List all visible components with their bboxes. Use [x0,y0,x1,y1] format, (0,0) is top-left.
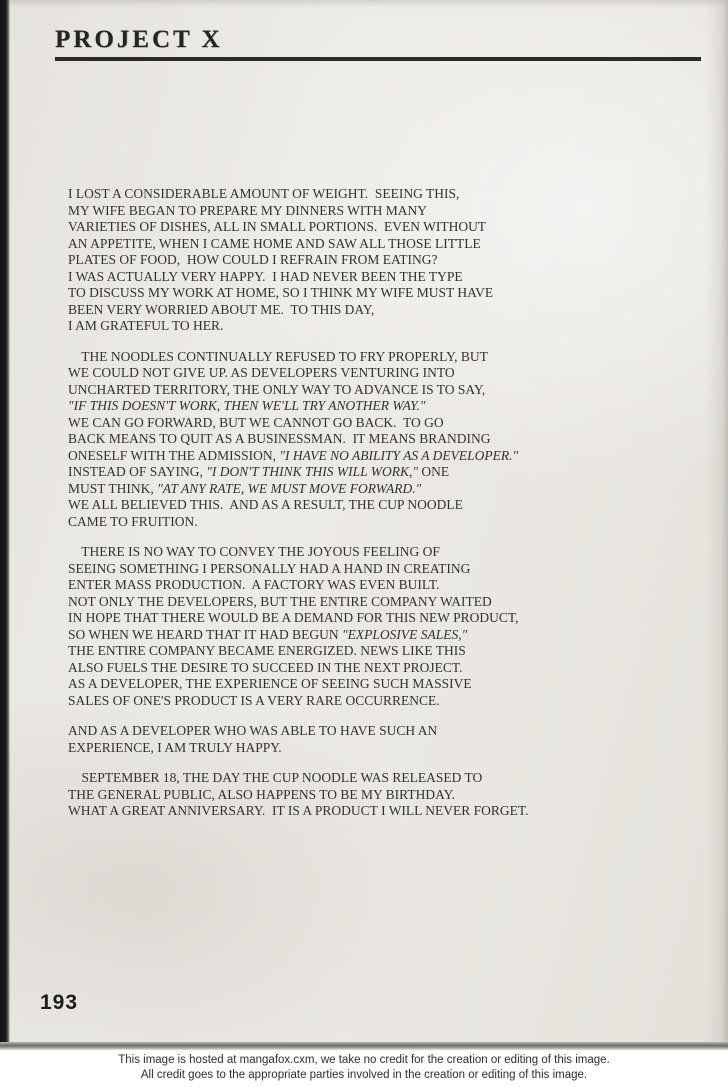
text-line: TO DISCUSS MY WORK AT HOME, SO I THINK M… [68,285,668,302]
scan-left-edge [0,0,10,1046]
text-line: AS A DEVELOPER, THE EXPERIENCE OF SEEING… [68,676,668,693]
body-text: I LOST A CONSIDERABLE AMOUNT OF WEIGHT. … [68,186,668,834]
text-line: THE ENTIRE COMPANY BECAME ENERGIZED. NEW… [68,643,668,660]
text-line: UNCHARTED TERRITORY, THE ONLY WAY TO ADV… [68,382,668,399]
paragraph: SEPTEMBER 18, THE DAY THE CUP NOODLE WAS… [68,770,668,820]
text-line: THERE IS NO WAY TO CONVEY THE JOYOUS FEE… [68,544,668,561]
page-number: 193 [40,991,78,1015]
text-line: BACK MEANS TO QUIT AS A BUSINESSMAN. IT … [68,431,668,448]
text-line: AND AS A DEVELOPER WHO WAS ABLE TO HAVE … [68,723,668,740]
text-line: SALES OF ONE'S PRODUCT IS A VERY RARE OC… [68,693,668,710]
text-line: BEEN VERY WORRIED ABOUT ME. TO THIS DAY, [68,302,668,319]
scan-right-shadow [706,0,728,1046]
text-line: MY WIFE BEGAN TO PREPARE MY DINNERS WITH… [68,203,668,220]
page-title: PROJECT X [55,26,223,54]
disclaimer-line-2: All credit goes to the appropriate parti… [0,1068,728,1083]
paragraph: THE NOODLES CONTINUALLY REFUSED TO FRY P… [68,349,668,531]
text-line: INSTEAD OF SAYING, "I DON'T THINK THIS W… [68,464,668,481]
text-line: AN APPETITE, WHEN I CAME HOME AND SAW AL… [68,236,668,253]
text-line: ONESELF WITH THE ADMISSION, "I HAVE NO A… [68,448,668,465]
hosting-disclaimer: This image is hosted at mangafox.cxm, we… [0,1050,728,1087]
text-line: SEEING SOMETHING I PERSONALLY HAD A HAND… [68,561,668,578]
scan-bottom-edge [0,1042,728,1050]
text-line: WE ALL BELIEVED THIS. AND AS A RESULT, T… [68,497,668,514]
text-line: THE GENERAL PUBLIC, ALSO HAPPENS TO BE M… [68,787,668,804]
text-line: EXPERIENCE, I AM TRULY HAPPY. [68,740,668,757]
text-line: NOT ONLY THE DEVELOPERS, BUT THE ENTIRE … [68,594,668,611]
scanned-page: PROJECT X I LOST A CONSIDERABLE AMOUNT O… [0,0,728,1046]
text-line: I LOST A CONSIDERABLE AMOUNT OF WEIGHT. … [68,186,668,203]
text-line: THE NOODLES CONTINUALLY REFUSED TO FRY P… [68,349,668,366]
paragraph: AND AS A DEVELOPER WHO WAS ABLE TO HAVE … [68,723,668,756]
text-line: PLATES OF FOOD, HOW COULD I REFRAIN FROM… [68,252,668,269]
paragraph: THERE IS NO WAY TO CONVEY THE JOYOUS FEE… [68,544,668,709]
text-line: I AM GRATEFUL TO HER. [68,318,668,335]
text-line: CAME TO FRUITION. [68,514,668,531]
text-line: IN HOPE THAT THERE WOULD BE A DEMAND FOR… [68,610,668,627]
text-line: "IF THIS DOESN'T WORK, THEN WE'LL TRY AN… [68,398,668,415]
text-line: ALSO FUELS THE DESIRE TO SUCCEED IN THE … [68,660,668,677]
title-rule [55,57,701,61]
text-line: VARIETIES OF DISHES, ALL IN SMALL PORTIO… [68,219,668,236]
text-line: WE CAN GO FORWARD, BUT WE CANNOT GO BACK… [68,415,668,432]
text-line: WHAT A GREAT ANNIVERSARY. IT IS A PRODUC… [68,803,668,820]
disclaimer-line-1: This image is hosted at mangafox.cxm, we… [0,1053,728,1068]
text-line: ENTER MASS PRODUCTION. A FACTORY WAS EVE… [68,577,668,594]
text-line: SEPTEMBER 18, THE DAY THE CUP NOODLE WAS… [68,770,668,787]
text-line: MUST THINK, "AT ANY RATE, WE MUST MOVE F… [68,481,668,498]
text-line: SO WHEN WE HEARD THAT IT HAD BEGUN "EXPL… [68,627,668,644]
paragraph: I LOST A CONSIDERABLE AMOUNT OF WEIGHT. … [68,186,668,335]
text-line: WE COULD NOT GIVE UP. AS DEVELOPERS VENT… [68,365,668,382]
text-line: I WAS ACTUALLY VERY HAPPY. I HAD NEVER B… [68,269,668,286]
